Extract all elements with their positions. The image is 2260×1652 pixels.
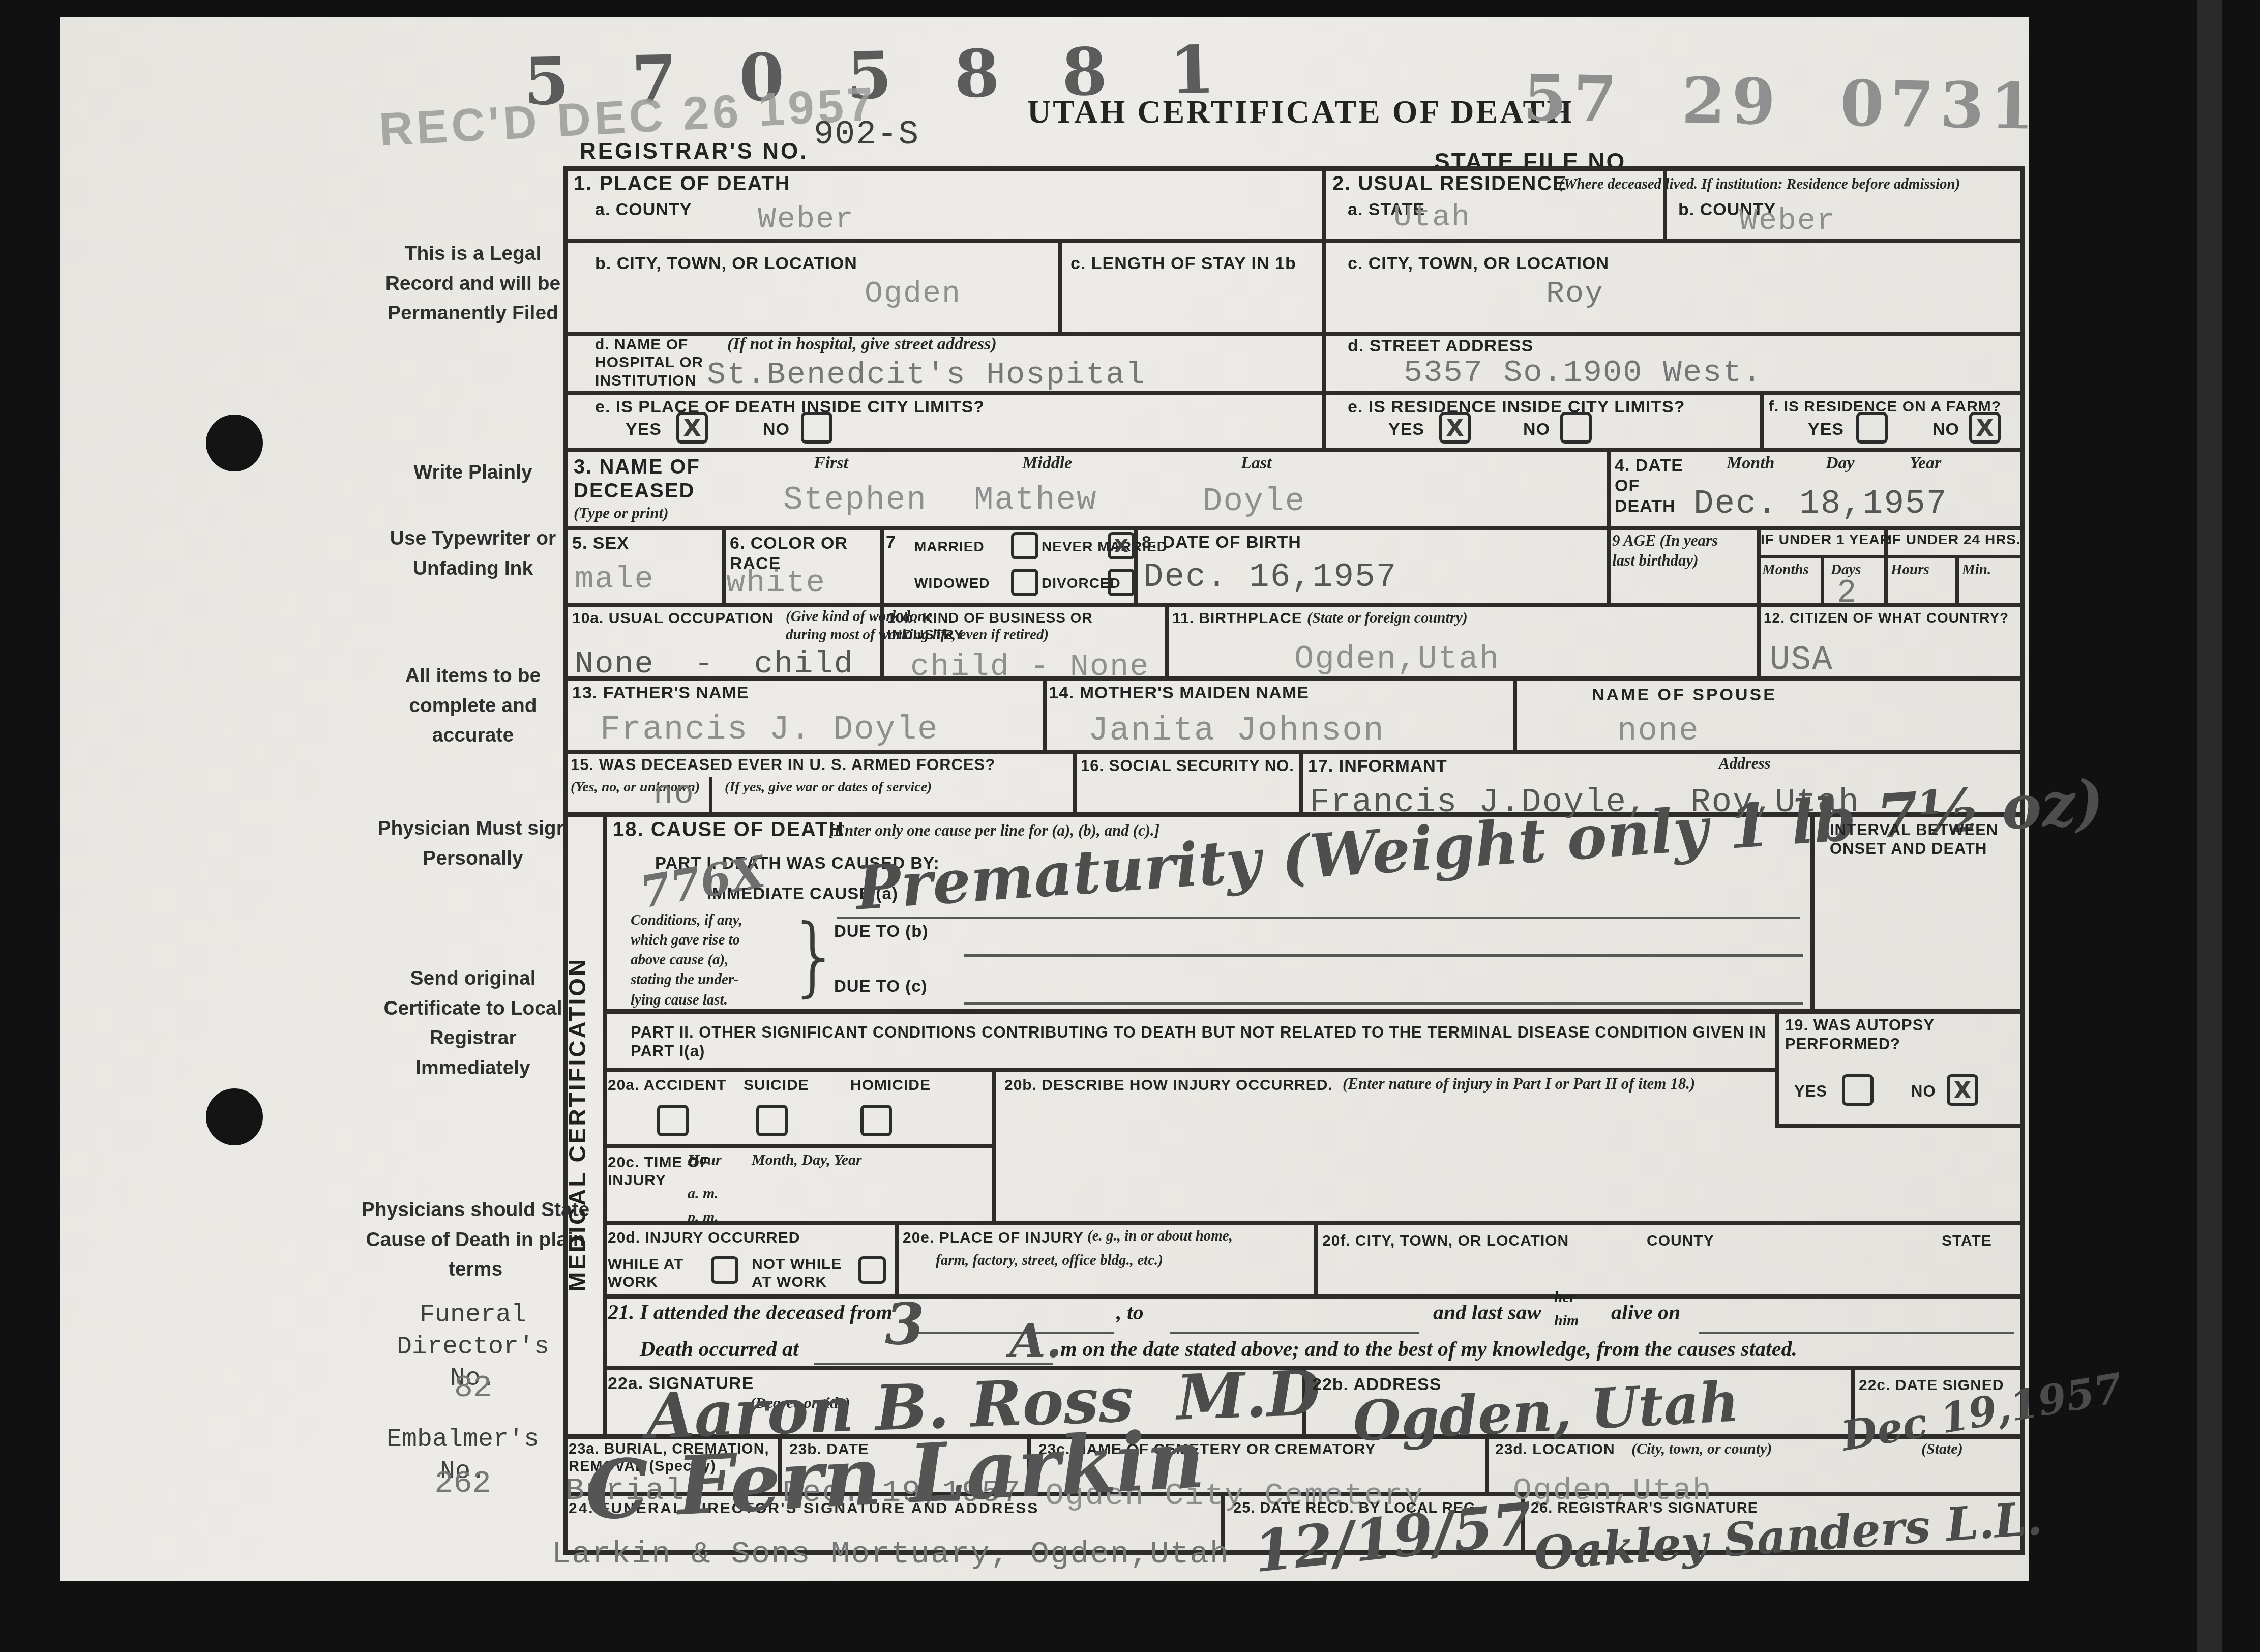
describe-injury-note: (Enter nature of injury in Part I or Par… [1343, 1074, 1695, 1094]
death-hour-handwritten: 3 [885, 1296, 925, 1353]
scanned-death-certificate: { "header": { "received_stamp": "REC'D D… [0, 0, 2260, 1652]
grid-line [1775, 1124, 2025, 1128]
age-days-value: 2 [1837, 577, 1857, 610]
attended-statement-part2: m on the date stated above; and to the b… [1060, 1337, 1797, 1362]
sex-value: male [575, 564, 655, 595]
mortuary-address-value: Larkin & Sons Mortuary, Ogden,Utah [552, 1539, 1230, 1570]
due-to-c-line [964, 1002, 1803, 1005]
part2-label: PART II. OTHER SIGNIFICANT CONDITIONS CO… [631, 1023, 1770, 1060]
hour-header: Hour [688, 1150, 722, 1170]
death-inside-city-limits-label: e. IS PLACE OF DEATH INSIDE CITY LIMITS? [595, 397, 985, 417]
social-security-label: 16. SOCIAL SECURITY NO. [1081, 757, 1294, 776]
birthplace-value: Ogden,Utah [1294, 643, 1500, 676]
hospital-name-note: (If not in hospital, give street address… [727, 334, 997, 356]
date-of-death-label: 4. DATE OF DEATH [1615, 455, 1683, 516]
usual-residence-note: (Where deceased lived. If institution: R… [1559, 175, 1960, 193]
death-city-limits-no-checkbox [801, 412, 832, 444]
grid-line [603, 1068, 1775, 1072]
informant-label: 17. INFORMANT [1308, 756, 1447, 776]
grid-line [2020, 166, 2025, 1555]
cemetery-location-label: 23d. LOCATION [1495, 1440, 1615, 1458]
mothers-maiden-name-value: Janita Johnson [1088, 714, 1385, 748]
divorced-checkbox [1108, 569, 1135, 596]
margin-note-physician-sign: Physician Must sign Personally [376, 814, 570, 873]
month-day-year-header: Month, Day, Year [752, 1150, 862, 1170]
yes-label: YES [1794, 1082, 1827, 1101]
grid-line [603, 1294, 2025, 1299]
due-to-c-label: DUE TO (c) [834, 977, 928, 996]
residence-city-limits-no-checkbox [1560, 412, 1592, 444]
margin-note-send-original: Send original Certificate to Local Regis… [376, 964, 570, 1083]
certificate-title: UTAH CERTIFICATE OF DEATH [1027, 96, 1574, 128]
death-ampm-handwritten: A. [1009, 1317, 1062, 1364]
grid-line [895, 1221, 899, 1294]
widowed-label: WIDOWED [914, 575, 990, 592]
citizen-value: USA [1770, 643, 1833, 677]
county-value: Weber [758, 204, 854, 235]
cause-a-line [837, 917, 1800, 919]
length-of-stay-label: c. LENGTH OF STAY IN 1b [1070, 253, 1310, 274]
injury-city-label: 20f. CITY, TOWN, OR LOCATION [1322, 1232, 1569, 1250]
attended-to-label: , to [1116, 1300, 1144, 1325]
name-of-spouse-value: none [1617, 715, 1700, 748]
homicide-label: HOMICIDE [850, 1076, 931, 1094]
residence-city-limits-label: e. IS RESIDENCE INSIDE CITY LIMITS? [1348, 397, 1685, 417]
cause-of-death-title: 18. CAUSE OF DEATH [613, 818, 844, 842]
never-married-checkbox: X [1108, 532, 1135, 559]
grid-line [1299, 750, 1303, 812]
if-under-24-hrs-label: IF UNDER 24 HRS. [1888, 531, 2021, 548]
grid-line [992, 1068, 996, 1221]
interval-label: INTERVAL BETWEEN ONSET AND DEATH [1830, 821, 2008, 858]
armed-forces-label: 15. WAS DECEASED EVER IN U. S. ARMED FOR… [571, 756, 995, 775]
usual-occupation-label: 10a. USUAL OCCUPATION [572, 609, 774, 627]
registrars-no-label: REGISTRAR'S NO. [580, 138, 808, 165]
while-at-work-checkbox [711, 1256, 738, 1284]
residence-city-label: c. CITY, TOWN, OR LOCATION [1348, 253, 1609, 274]
marital-status-number: 7 [886, 532, 896, 552]
grid-line [603, 1009, 2025, 1014]
date-of-birth-label: 8. DATE OF BIRTH [1142, 532, 1301, 552]
attended-statement-part1: 21. I attended the deceased from [608, 1300, 893, 1325]
first-name-value: Stephen [783, 484, 927, 517]
injury-state-label: STATE [1942, 1232, 1992, 1250]
describe-injury-label: 20b. DESCRIBE HOW INJURY OCCURRED. [1004, 1076, 1333, 1094]
hospital-name-label: d. NAME OF HOSPITAL OR INSTITUTION [595, 336, 703, 390]
injury-occurred-label: 20d. INJURY OCCURRED [608, 1229, 800, 1247]
grid-line [1757, 603, 1761, 676]
no-label: NO [1911, 1082, 1936, 1101]
conditions-note: Conditions, if any, which gave rise to a… [631, 910, 742, 1010]
punch-hole-bottom [206, 1088, 263, 1145]
grid-line [563, 603, 2025, 607]
place-of-death-title: 1. PLACE OF DEATH [574, 172, 791, 196]
grid-line [1314, 1221, 1318, 1294]
yes-label: YES [1388, 419, 1424, 439]
age-label: 9 AGE (In years last birthday) [1612, 531, 1718, 571]
grid-line [1757, 555, 2025, 558]
birthplace-label: 11. BIRTHPLACE [1172, 609, 1302, 627]
no-label: NO [1523, 419, 1550, 439]
grid-line [563, 239, 2025, 243]
no-label: NO [763, 419, 790, 439]
grid-line [1058, 239, 1062, 332]
grid-line [603, 812, 607, 1434]
residence-city-limits-yes-checkbox: X [1439, 412, 1471, 444]
grid-line [709, 777, 712, 812]
married-label: MARRIED [914, 538, 985, 555]
grid-line [563, 166, 2025, 171]
usual-occupation-value: None - child [575, 648, 854, 680]
margin-note-use-typewriter: Use Typewriter or Unfading Ink [376, 524, 570, 583]
first-name-header: First [814, 453, 848, 475]
armed-forces-note2: (If yes, give war or dates of service) [725, 778, 932, 796]
type-or-print-note: (Type or print) [574, 504, 669, 523]
alive-on-label: alive on [1611, 1300, 1680, 1325]
autopsy-yes-checkbox [1842, 1074, 1874, 1106]
kind-of-business-label: 10b. KIND OF BUSINESS OR INDUSTRY [887, 609, 1132, 643]
yes-label: YES [626, 419, 662, 439]
mothers-maiden-name-label: 14. MOTHER'S MAIDEN NAME [1049, 683, 1309, 703]
fathers-name-value: Francis J. Doyle [600, 713, 939, 747]
death-day-header: Day [1826, 453, 1855, 475]
suicide-checkbox [756, 1105, 788, 1136]
grid-line [563, 166, 568, 1555]
grid-line [1073, 750, 1077, 812]
months-header: Months [1762, 560, 1809, 579]
last-saw-label: and last saw [1433, 1300, 1541, 1325]
place-of-injury-note1: (e. g., in or about home, [1087, 1227, 1233, 1245]
street-address-value: 5357 So.1900 West. [1404, 357, 1763, 389]
embalmers-no-value: 262 [356, 1464, 570, 1503]
grid-line [1760, 391, 1764, 448]
if-under-1-year-label: IF UNDER 1 YEAR [1761, 531, 1891, 548]
place-of-injury-label: 20e. PLACE OF INJURY [903, 1229, 1084, 1247]
cemetery-state-note: (State) [1921, 1439, 1963, 1459]
grid-line [1757, 526, 1761, 603]
last-name-header: Last [1241, 453, 1271, 475]
scanner-edge-band [2197, 0, 2222, 1652]
fathers-name-label: 13. FATHER'S NAME [572, 683, 749, 703]
pm-label: p. m. [688, 1207, 719, 1227]
homicide-checkbox [860, 1105, 892, 1136]
grid-line [563, 526, 2025, 530]
alive-on-line [1699, 1332, 2014, 1334]
cemetery-location-note: (City, town, or county) [1631, 1439, 1772, 1459]
grid-line [1607, 448, 1611, 603]
name-of-deceased-label: 3. NAME OF DECEASED [574, 455, 700, 503]
accident-label: 20a. ACCIDENT [608, 1076, 727, 1094]
death-year-header: Year [1910, 453, 1941, 475]
grid-line [1775, 1009, 1779, 1124]
while-at-work-label: WHILE AT WORK [608, 1255, 684, 1291]
informant-address-header: Address [1719, 754, 1771, 774]
not-while-at-work-label: NOT WHILE AT WORK [752, 1255, 842, 1291]
grid-line [603, 1144, 992, 1148]
kind-of-business-value: child - None [910, 651, 1149, 683]
grid-line [722, 526, 726, 603]
grid-line [1165, 603, 1169, 676]
birthplace-note: (State or foreign country) [1307, 608, 1468, 628]
residence-county-value: Weber [1739, 206, 1836, 237]
death-city-limits-yes-checkbox: X [676, 412, 708, 444]
married-checkbox [1011, 532, 1038, 559]
name-of-spouse-label: NAME OF SPOUSE [1592, 685, 1777, 705]
attended-to-line [1170, 1332, 1419, 1334]
usual-residence-title: 2. USUAL RESIDENCE [1332, 172, 1567, 196]
accident-checkbox [657, 1105, 689, 1136]
grid-line [1513, 676, 1517, 750]
grid-line [1043, 676, 1047, 750]
last-name-value: Doyle [1203, 486, 1305, 518]
residence-farm-no-checkbox: X [1969, 412, 2001, 444]
residence-farm-yes-checkbox [1856, 412, 1888, 444]
him-label: him [1554, 1312, 1579, 1330]
city-town-label: b. CITY, TOWN, OR LOCATION [595, 253, 857, 274]
middle-name-header: Middle [1022, 453, 1072, 475]
state-value: Utah [1393, 202, 1471, 233]
funeral-directors-no-value: 82 [366, 1368, 580, 1408]
street-address-label: d. STREET ADDRESS [1348, 336, 1533, 356]
city-town-value: Ogden [865, 279, 961, 309]
middle-name-value: Mathew [974, 484, 1097, 517]
state-file-no-label: STATE FILE NO. [1434, 147, 1634, 175]
due-to-b-label: DUE TO (b) [834, 922, 928, 941]
injury-county-label: COUNTY [1647, 1232, 1714, 1250]
place-of-injury-note2: farm, factory, street, office bldg., etc… [936, 1251, 1163, 1270]
widowed-checkbox [1011, 569, 1038, 596]
medical-certification-sidebar-label: MEDICAL CERTIFICATION [563, 885, 602, 1363]
hospital-name-value: St.Benedcit's Hospital [707, 359, 1146, 391]
suicide-label: SUICIDE [744, 1076, 809, 1094]
margin-note-plain-terms: Physicians should State Cause of Death i… [356, 1195, 595, 1285]
grid-line [880, 526, 884, 603]
yes-label: YES [1808, 419, 1844, 439]
no-label: NO [1932, 419, 1959, 439]
grid-line [563, 750, 2025, 754]
county-label: a. COUNTY [595, 199, 692, 220]
autopsy-label: 19. WAS AUTOPSY PERFORMED? [1785, 1016, 1935, 1053]
autopsy-no-checkbox: X [1947, 1074, 1978, 1106]
margin-note-legal-record: This is a Legal Record and will be Perma… [376, 239, 570, 329]
margin-note-all-items: All items to be complete and accurate [376, 661, 570, 751]
residence-city-value: Roy [1546, 279, 1604, 309]
her-label: her [1554, 1289, 1575, 1307]
grid-line [1955, 555, 1959, 603]
registrars-no-value: 902-S [814, 118, 919, 152]
grid-line [563, 448, 2025, 452]
due-to-b-line [964, 954, 1803, 957]
punch-hole-top [206, 415, 263, 471]
state-file-number-stamp: 57 29 0731 [1523, 67, 2041, 139]
hours-header: Hours [1891, 560, 1929, 579]
citizen-of-what-country-label: 12. CITIZEN OF WHAT COUNTRY? [1764, 609, 2018, 626]
date-of-birth-value: Dec. 16,1957 [1143, 560, 1397, 594]
sex-label: 5. SEX [572, 533, 629, 553]
grid-line [1322, 166, 1326, 448]
color-or-race-value: white [726, 567, 826, 599]
death-occurred-at-label: Death occurred at [640, 1337, 799, 1362]
armed-forces-value: no [653, 778, 695, 811]
date-of-death-value: Dec. 18,1957 [1693, 487, 1947, 521]
margin-note-write-plainly: Write Plainly [376, 458, 570, 488]
not-while-at-work-checkbox [858, 1256, 886, 1284]
min-header: Min. [1962, 560, 1991, 579]
am-label: a. m. [688, 1184, 719, 1203]
grid-line [1821, 555, 1824, 603]
death-month-header: Month [1727, 453, 1775, 475]
